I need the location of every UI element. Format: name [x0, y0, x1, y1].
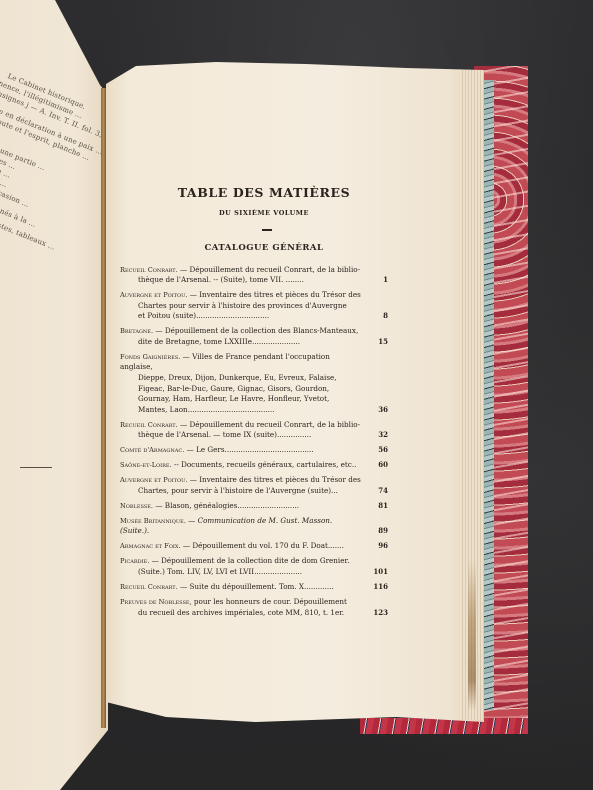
toc-entry: Comté d'Armagnac. — Le Gers.............…: [120, 445, 388, 456]
toc-entry: Auvergne et Poitou. — Inventaire des tit…: [120, 475, 388, 496]
entry-page-number: 116: [370, 582, 388, 593]
toc-entry: Auvergne et Poitou. — Inventaire des tit…: [120, 290, 388, 322]
entry-page-number: 36: [370, 405, 388, 416]
toc-entry: Preuves de Noblesse, pour les honneurs d…: [120, 597, 388, 618]
entry-lead: Picardie.: [120, 557, 149, 565]
entry-text: Figeac, Bar-le-Duc, Gaure, Gignac, Gisor…: [120, 384, 362, 395]
entry-page-number: 89: [370, 526, 388, 537]
entry-lead: Auvergne et Poitou.: [120, 291, 187, 299]
section-heading: CATALOGUE GÉNÉRAL: [140, 243, 388, 253]
entry-lead: Noblesse.: [120, 502, 153, 510]
toc-entry: Recueil Conrart. — Dépouillement du recu…: [120, 420, 388, 441]
entry-page-number: 74: [370, 486, 388, 497]
foxing-stain: [468, 560, 476, 710]
entry-text: — Le Gers...............................…: [187, 445, 314, 454]
entry-page-number: 60: [370, 460, 388, 471]
entry-lead: Auvergne et Poitou.: [120, 476, 187, 484]
entry-text: et Poitou (suite).......................…: [120, 311, 362, 322]
entry-page-number: 1: [370, 275, 388, 286]
toc-entry: Recueil Conrart. — Suite du dépouillemen…: [120, 582, 388, 593]
entry-lead: Musée Britannique.: [120, 517, 186, 525]
entry-text: — Inventaire des titres et pièces du Tré…: [190, 475, 361, 484]
left-page-rule: [20, 467, 52, 468]
entry-text: Chartes pour servir à l'histoire des pro…: [120, 301, 362, 312]
entry-lead: Comté d'Armagnac.: [120, 446, 184, 454]
separator-dash: [262, 229, 272, 231]
entry-page-number: 96: [370, 541, 388, 552]
table-of-contents: TABLE DES MATIÈRES DU SIXIÈME VOLUME CAT…: [120, 185, 388, 623]
entry-text: du recueil des archives impériales, cote…: [120, 608, 362, 619]
entry-text: — Dépouillement du recueil Conrart, de l…: [180, 420, 360, 429]
entry-text: -- Documents, recueils généraux, cartula…: [174, 460, 356, 469]
gutter: [101, 88, 106, 728]
toc-entry: Musée Britannique. — Communication de M.…: [120, 516, 388, 537]
entry-lead: Preuves de Noblesse,: [120, 598, 192, 606]
entry-page-number: 101: [370, 567, 388, 578]
entry-text: dite de Bretagne, tome LXXIIIe..........…: [120, 337, 362, 348]
entries-list: Recueil Conrart. — Dépouillement du recu…: [120, 265, 388, 619]
entry-lead: Recueil Conrart.: [120, 583, 178, 591]
entry-text: thèque de l'Arsenal. -- (Suite), tome VI…: [120, 275, 362, 286]
entry-text: — Dépouillement du vol. 170 du F. Doat..…: [183, 541, 344, 550]
page-subtitle: DU SIXIÈME VOLUME: [140, 209, 388, 217]
entry-lead: Bretagne.: [120, 327, 153, 335]
toc-entry: Fonds Gaignières. — Villes de France pen…: [120, 352, 388, 416]
entry-page-number: 123: [370, 608, 388, 619]
toc-entry: Bretagne. — Dépouillement de la collecti…: [120, 326, 388, 347]
toc-entry: Armagnac et Foix. — Dépouillement du vol…: [120, 541, 388, 552]
entry-page-number: 8: [370, 311, 388, 322]
marbled-cover-bottom-edge: [360, 718, 528, 734]
toc-entry: Saône-et-Loire. -- Documents, recueils g…: [120, 460, 388, 471]
entry-text: Gournay, Ham, Harfleur, Le Havre, Honfle…: [120, 394, 362, 405]
entry-lead: Saône-et-Loire.: [120, 461, 172, 469]
entry-lead: Armagnac et Foix.: [120, 542, 181, 550]
entry-page-number: 81: [370, 501, 388, 512]
page-title: TABLE DES MATIÈRES: [140, 185, 388, 200]
entry-text: — Blason, généalogies...................…: [155, 501, 299, 510]
entry-lead: Fonds Gaignières.: [120, 353, 180, 361]
entry-text: — Suite du dépouillement. Tom. X........…: [180, 582, 334, 591]
toc-entry: Picardie. — Dépouillement de la collecti…: [120, 556, 388, 577]
toc-entry: Recueil Conrart. — Dépouillement du recu…: [120, 265, 388, 286]
entry-lead: Recueil Conrart.: [120, 266, 178, 274]
entry-page-number: 15: [370, 337, 388, 348]
entry-text: Dieppe, Dreux, Dijon, Dunkerque, Eu, Evr…: [120, 373, 362, 384]
entry-text: Mantes, Laon............................…: [120, 405, 362, 416]
entry-text: — Dépouillement de la collection dite de…: [152, 556, 350, 565]
entry-text: thèque de l'Arsenal. — tome IX (suite)..…: [120, 430, 362, 441]
entry-text: — Dépouillement de la collection des Bla…: [155, 326, 358, 335]
entry-page-number: 32: [370, 430, 388, 441]
entry-text: — Inventaire des titres et pièces du Tré…: [190, 290, 361, 299]
entry-page-number: 56: [370, 445, 388, 456]
entry-text: Chartes, pour servir à l'histoire de l'A…: [120, 486, 362, 497]
entry-text: (Suite.) Tom. LIV, LV, LVI et LVII......…: [120, 567, 362, 578]
entry-lead: Recueil Conrart.: [120, 421, 178, 429]
entry-text: — Dépouillement du recueil Conrart, de l…: [180, 265, 360, 274]
toc-entry: Noblesse. — Blason, généalogies.........…: [120, 501, 388, 512]
entry-text: pour les honneurs de cour. Dépouillement: [194, 597, 347, 606]
